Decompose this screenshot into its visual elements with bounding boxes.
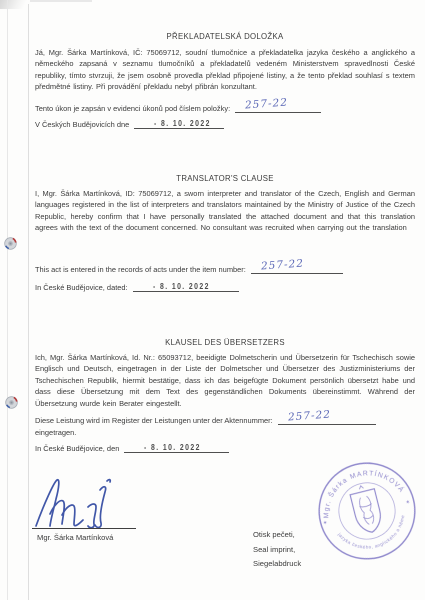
- czech-date-row: V Českých Budějovicích dne - 8. 10. 2022: [35, 118, 224, 129]
- seal-caption: Otisk pečeti, Seal imprint, Siegelabdruc…: [253, 528, 301, 572]
- english-date-row: In České Budějovice, dated: - 8. 10. 202…: [35, 281, 239, 292]
- czech-clause-paragraph: Já, Mgr. Šárka Martínková, IČ: 75069712,…: [35, 47, 415, 93]
- english-item-number-row: This act is entered in the records of ac…: [35, 263, 343, 274]
- czech-item-number-label: Tento úkon je zapsán v evidenci úkonů po…: [35, 104, 230, 113]
- english-item-number-blank: 257-22: [251, 263, 343, 274]
- czech-item-number-handwriting: 257-22: [245, 97, 289, 112]
- signature-printed-name: Mgr. Šárka Martínková: [37, 533, 113, 542]
- german-date-label: In České Budějovice, den: [35, 444, 119, 453]
- stamp-coat-of-arms-icon: [349, 483, 385, 535]
- english-item-number-label: This act is entered in the records of ac…: [35, 265, 246, 274]
- german-section-heading: KLAUSEL DES ÜBERSETZERS: [35, 338, 415, 347]
- german-date-stamp: - 8. 10. 2022: [144, 442, 201, 452]
- german-item-number-blank: 257-22: [278, 414, 376, 425]
- czech-section-heading: PŘEKLADATELSKÁ DOLOŽKA: [35, 32, 415, 41]
- czech-item-number-row: Tento úkon je zapsán v evidenci úkonů po…: [35, 102, 321, 113]
- scanned-translation-clause-page: PŘEKLADATELSKÁ DOLOŽKA Já, Mgr. Šárka Ma…: [0, 0, 425, 600]
- seal-caption-english: Seal imprint,: [253, 543, 301, 558]
- scan-edge-line: [7, 0, 8, 600]
- stamp-star-left-icon: ✶: [322, 519, 329, 527]
- seal-caption-czech: Otisk pečeti,: [253, 528, 301, 543]
- english-date-blank: - 8. 10. 2022: [133, 281, 239, 292]
- czech-date-blank: - 8. 10. 2022: [134, 118, 224, 129]
- english-date-stamp: - 8. 10. 2022: [153, 281, 210, 291]
- binding-grommet-icon: [4, 395, 19, 410]
- german-item-number-label: Diese Leistung wird im Register der Leis…: [35, 416, 273, 425]
- handwritten-signature: [28, 474, 143, 528]
- english-section-heading: TRANSLATOR'S CLAUSE: [35, 174, 415, 183]
- german-date-row: In České Budějovice, den - 8. 10. 2022: [35, 442, 229, 453]
- english-clause-paragraph: I, Mgr. Šárka Martínková, ID: 75069712, …: [35, 188, 415, 234]
- english-item-number-handwriting: 257-22: [260, 258, 304, 273]
- binding-grommet-icon: [3, 236, 18, 251]
- stamp-star-right-icon: ✶: [405, 498, 412, 506]
- german-clause-paragraph: Ich, Mgr. Šárka Martínková, Id. Nr.: 650…: [35, 352, 415, 409]
- german-item-number-row: Diese Leistung wird im Register der Leis…: [35, 414, 376, 425]
- german-item-suffix: eingetragen.: [35, 428, 76, 437]
- signature-line: [32, 528, 136, 529]
- german-date-blank: - 8. 10. 2022: [124, 442, 229, 453]
- german-item-number-handwriting: 257-22: [287, 409, 331, 424]
- scan-corner-smudge: [0, 0, 30, 9]
- round-official-stamp: Mgr. Šárka MARTÍNKOVÁ jazyka českého, an…: [304, 448, 425, 574]
- seal-caption-german: Siegelabdruck: [253, 557, 301, 572]
- czech-date-label: V Českých Budějovicích dne: [35, 120, 129, 129]
- czech-item-number-blank: 257-22: [235, 102, 321, 113]
- czech-date-stamp: - 8. 10. 2022: [154, 118, 211, 128]
- english-date-label: In České Budějovice, dated:: [35, 283, 128, 292]
- scan-top-streak: [30, 0, 92, 2]
